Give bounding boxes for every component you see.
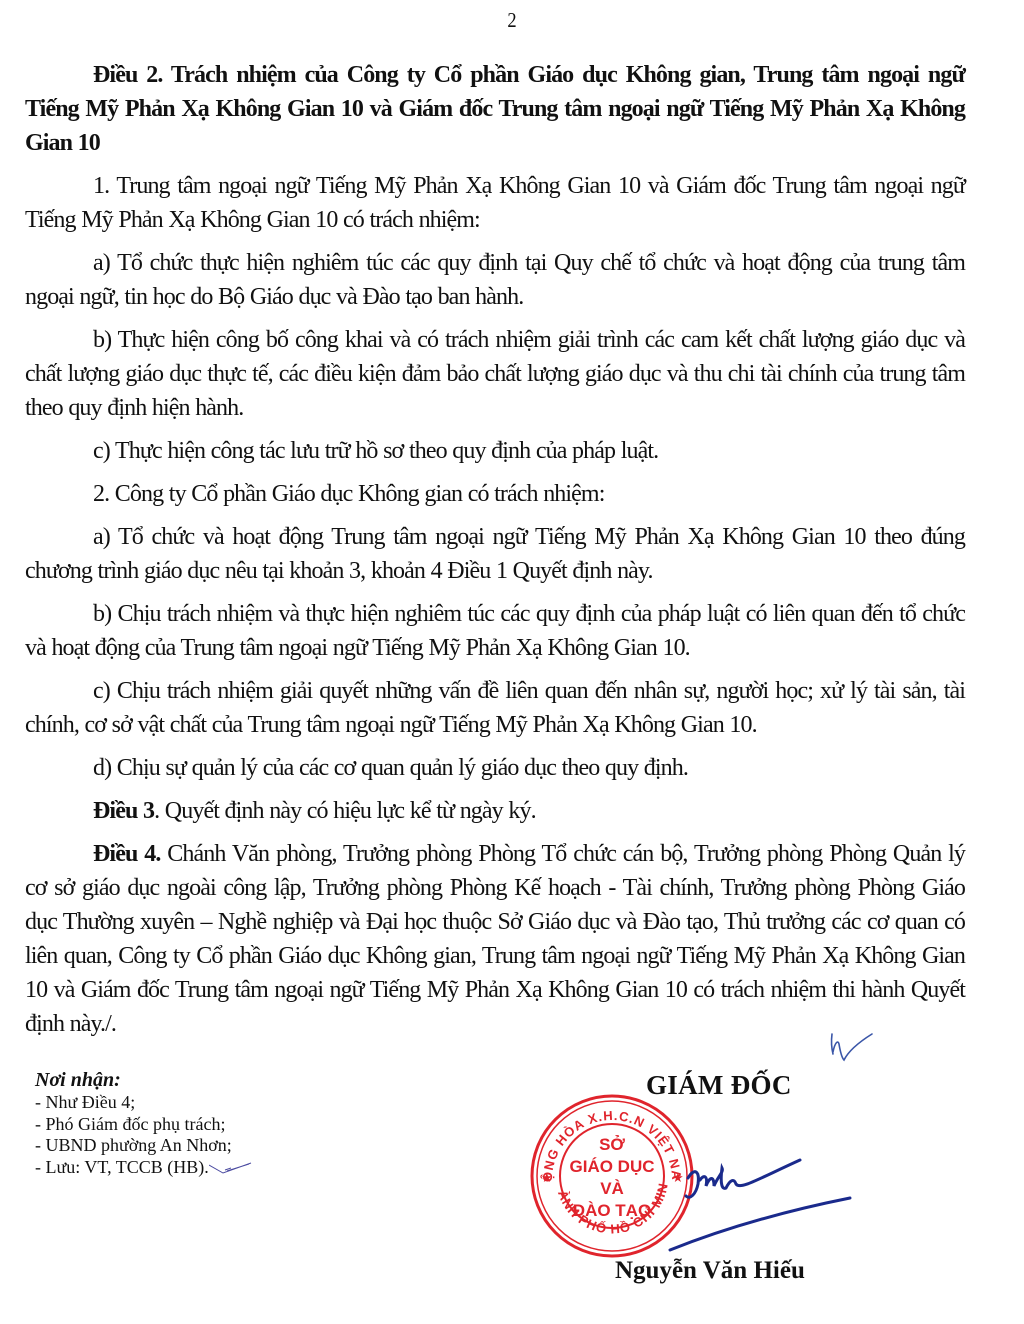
recipients-block: Nơi nhận: - Như Điều 4; - Phó Giám đốc p…	[35, 1068, 355, 1178]
svg-text:★: ★	[541, 1171, 553, 1186]
clause-2-item-c: c) Chịu trách nhiệm giải quyết những vấn…	[25, 674, 965, 742]
clause-2-item-b: b) Chịu trách nhiệm và thực hiện nghiêm …	[25, 597, 965, 665]
recipient-item: - Như Điều 4;	[35, 1092, 355, 1114]
article-3-text: . Quyết định này có hiệu lực kể từ ngày …	[154, 798, 536, 824]
clause-1-item-b: b) Thực hiện công bố công khai và có trá…	[25, 323, 965, 425]
clause-1-intro: 1. Trung tâm ngoại ngữ Tiếng Mỹ Phản Xạ …	[25, 169, 965, 237]
svg-text:GIÁO DỤC: GIÁO DỤC	[570, 1157, 655, 1176]
initial-mark-icon	[209, 1161, 253, 1175]
clause-2-intro: 2. Công ty Cổ phần Giáo dục Không gian c…	[25, 477, 965, 511]
article-4-label: Điều 4.	[93, 841, 160, 867]
document-body: Điều 2. Trách nhiệm của Công ty Cổ phần …	[25, 58, 965, 1050]
clause-1-item-c: c) Thực hiện công tác lưu trữ hồ sơ theo…	[25, 434, 965, 468]
signature-block: GIÁM ĐỐC CỘNG HÒA X.H.C.N VIỆT NAM THÀNH…	[560, 1050, 860, 1324]
handwritten-signature-icon	[660, 1150, 860, 1260]
page-number: 2	[61, 8, 962, 33]
recipient-item-text: - Lưu: VT, TCCB (HB).	[35, 1157, 209, 1177]
article-2-heading: Điều 2. Trách nhiệm của Công ty Cổ phần …	[25, 58, 965, 160]
recipient-item: - Phó Giám đốc phụ trách;	[35, 1114, 355, 1136]
clause-1-item-a: a) Tổ chức thực hiện nghiêm túc các quy …	[25, 246, 965, 314]
clause-2-item-a: a) Tổ chức và hoạt động Trung tâm ngoại …	[25, 520, 965, 588]
svg-text:VÀ: VÀ	[600, 1179, 624, 1198]
svg-text:ĐÀO TẠO: ĐÀO TẠO	[573, 1201, 651, 1220]
article-3-label: Điều 3	[93, 798, 154, 824]
recipients-title: Nơi nhận:	[35, 1068, 355, 1092]
article-4-text: Chánh Văn phòng, Trưởng phòng Phòng Tổ c…	[25, 841, 965, 1037]
svg-text:SỞ: SỞ	[599, 1135, 625, 1154]
article-4: Điều 4. Chánh Văn phòng, Trưởng phòng Ph…	[25, 837, 965, 1041]
clause-2-item-d: d) Chịu sự quản lý của các cơ quan quản …	[25, 751, 965, 785]
article-3: Điều 3. Quyết định này có hiệu lực kể từ…	[25, 794, 965, 828]
recipient-item: - UBND phường An Nhơn;	[35, 1135, 355, 1157]
signer-name: Nguyễn Văn Hiếu	[615, 1257, 805, 1285]
recipient-item: - Lưu: VT, TCCB (HB).	[35, 1157, 355, 1179]
